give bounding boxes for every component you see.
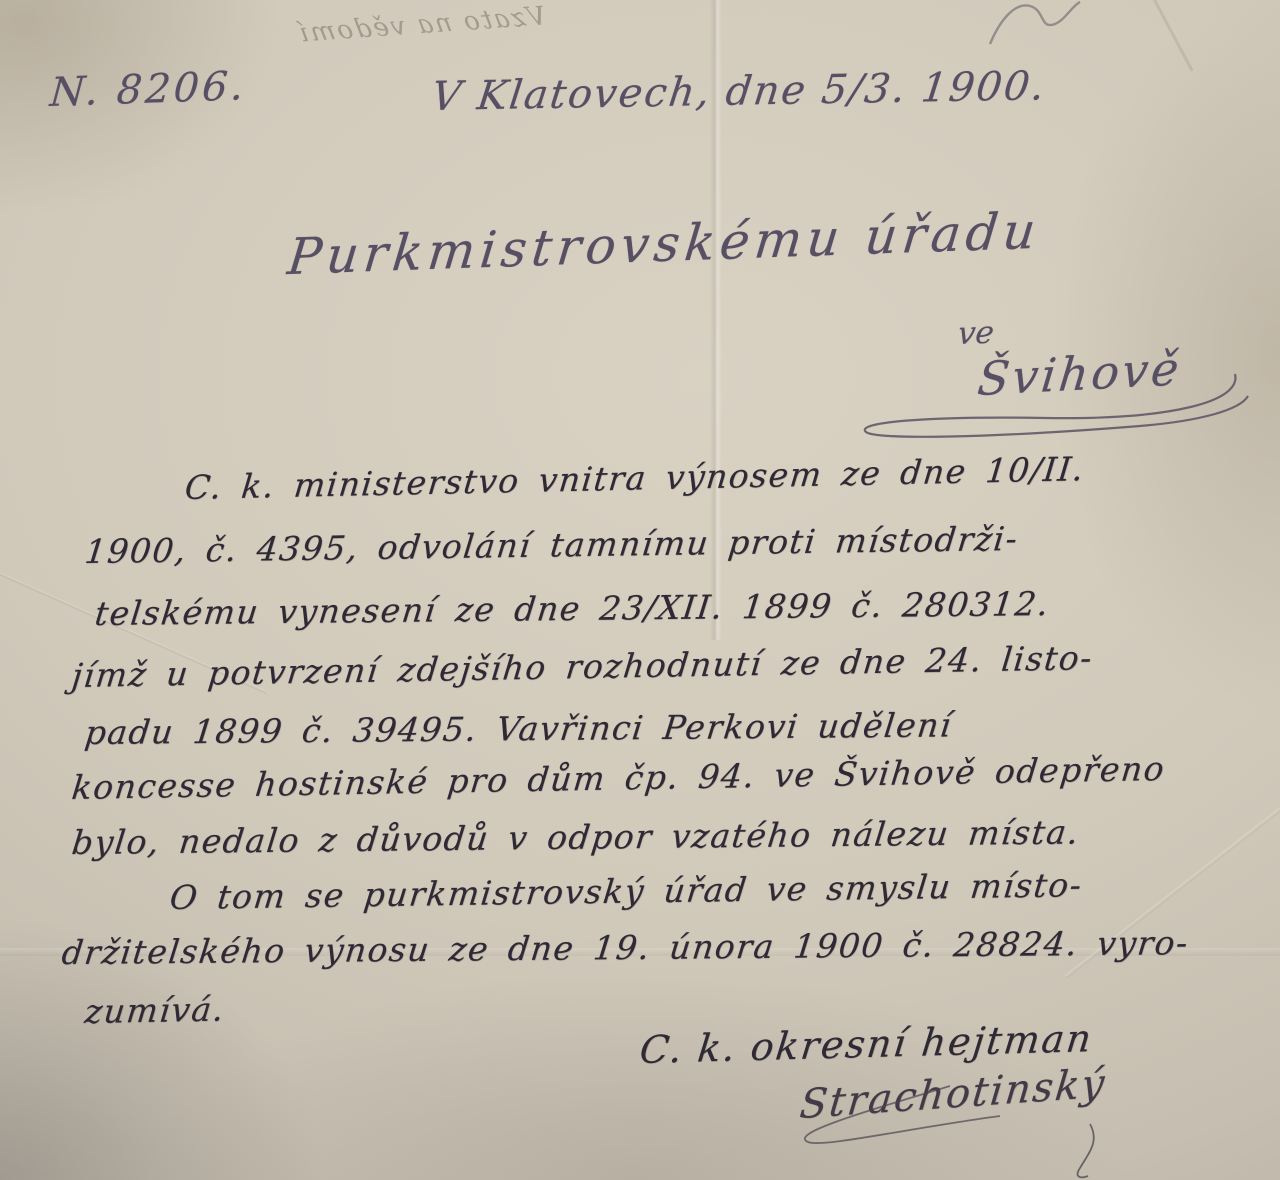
reference-number: N. 8206. [48,63,247,116]
handwritten-letter-photo: Vzato na vědomí N. 8206. V Klatovech, dn… [0,0,1280,1180]
addressee-town: Švihově [975,341,1184,406]
body-line: padu 1899 č. 39495. Vavřinci Perkovi udě… [83,705,955,752]
body-line: telskému vynesení ze dne 23/XII. 1899 č.… [93,584,1052,633]
body-line: C. k. ministerstvo vnitra výnosem ze dne… [183,449,1086,507]
body-line: bylo, nedalo z důvodů v odpor vzatého ná… [70,812,1082,862]
pencil-scribble-mark [960,0,1100,46]
bleedthrough-note: Vzato na vědomí [296,1,549,48]
body-line: O tom se purkmistrovský úřad ve smyslu m… [168,865,1085,917]
body-line: zumívá. [83,990,227,1032]
addressee-preposition: ve [956,315,996,352]
body-line: koncesse hostinské pro dům čp. 94. ve Šv… [70,749,1167,807]
body-line: jímž u potvrzení zdejšího rozhodnutí ze … [70,638,1095,695]
body-line: 1900, č. 4395, odvolání tamnímu proti mí… [83,519,1021,571]
dateline: V Klatovech, dne 5/3. 1900. [429,63,1049,120]
diagonal-crease-top-right [1106,0,1193,72]
body-line: držitelského výnosu ze dne 19. února 190… [60,923,1191,972]
closing-title: C. k. okresní hejtman [637,1016,1095,1072]
signature: Strachotinský [798,1060,1109,1128]
addressee-office: Purkmistrovskému úřadu [285,202,1043,287]
